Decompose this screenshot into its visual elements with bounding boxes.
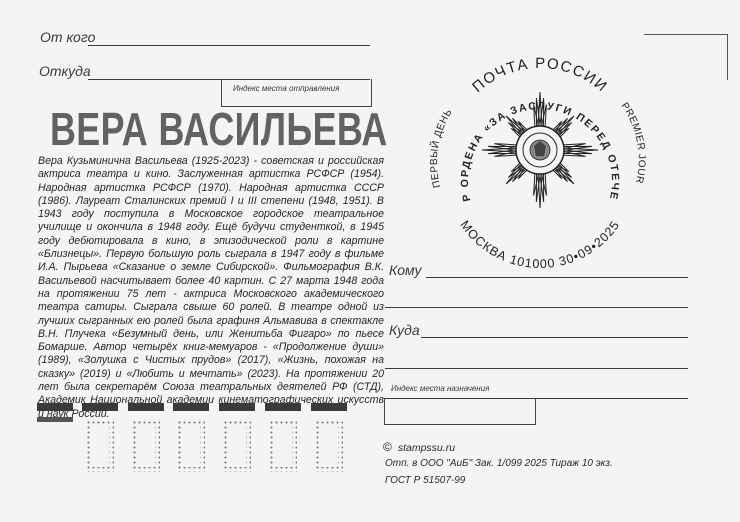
site-name: stampssu.ru [398, 442, 455, 454]
copyright-icon: © [383, 440, 392, 454]
postmark-bottom-text: МОСКВА 101000 30•09•2025 [457, 218, 622, 271]
postmark-top-text: ПОЧТА РОССИИ [469, 55, 611, 96]
recipient-field[interactable] [426, 277, 688, 278]
postmark: ПОЧТА РОССИИ ПЕРВЫЙ ДЕНЬ PREMIER JOUR КА… [420, 38, 660, 278]
postcode-digit-grid[interactable] [223, 420, 251, 472]
postcode-marker-bar [128, 403, 164, 411]
postcode-marker-bar [219, 403, 255, 411]
postcode-marker-bar [37, 403, 73, 411]
postcode-marker-bar [265, 403, 301, 411]
postcode-digit-grid[interactable] [315, 420, 343, 472]
destination-index-field[interactable] [384, 398, 536, 425]
postcode-marker-bar [311, 403, 347, 411]
page-title: ВЕРА ВАСИЛЬЕВА [50, 103, 388, 155]
biography-paragraph: Вера Кузьминична Васильева (1925-2023) -… [38, 155, 384, 421]
postcode-marker-bar [82, 403, 118, 411]
printer-info: Отп. в ООО "АиБ" Зак. 1/099 2025 Тираж 1… [385, 458, 613, 469]
postcode-digit-grid[interactable] [86, 420, 114, 472]
recipient-field-line-2[interactable] [385, 307, 688, 308]
destination-index-label: Индекс места назначения [391, 384, 489, 393]
postcode-marker-bar [173, 403, 209, 411]
destination-label: Куда [389, 322, 420, 338]
destination-field-line-2[interactable] [385, 368, 688, 369]
postcode-digit-grid[interactable] [269, 420, 297, 472]
sender-address-label: Откуда [39, 63, 91, 79]
postcode-digit-grid[interactable] [177, 420, 205, 472]
biography-text: Вера Кузьминична Васильева (1925-2023) -… [38, 155, 384, 421]
sender-index-label: Индекс места отправления [233, 84, 339, 93]
from-label: От кого [40, 29, 95, 45]
postcode-marker-bar-small [37, 417, 73, 422]
destination-field[interactable] [421, 337, 688, 338]
coat-of-arms-icon [516, 126, 564, 174]
postmark-right-text: PREMIER JOUR [619, 101, 647, 185]
from-field[interactable] [88, 45, 370, 46]
postcode-digit-grid[interactable] [132, 420, 160, 472]
standard-info: ГОСТ Р 51507-99 [385, 475, 465, 486]
postmark-left-text: ПЕРВЫЙ ДЕНЬ [428, 107, 455, 189]
recipient-label: Кому [389, 262, 421, 278]
copyright: ©stampssu.ru [383, 440, 455, 454]
